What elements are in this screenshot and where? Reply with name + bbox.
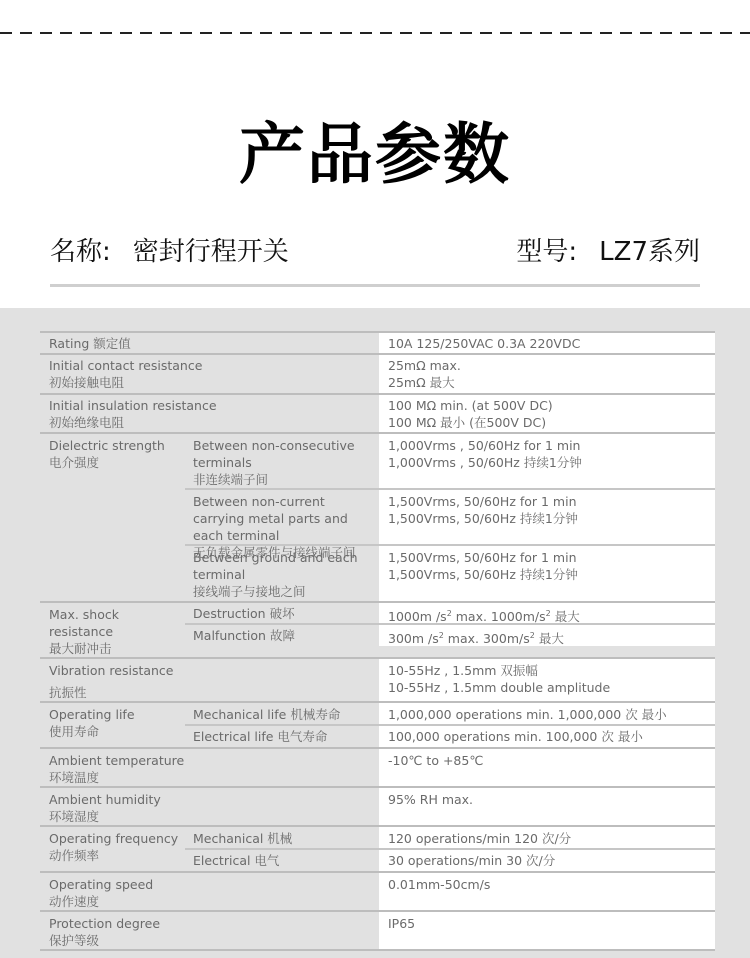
- row-label: Dielectric strength 电介强度: [40, 434, 185, 601]
- table-row-insulation-resistance: Initial insulation resistance 初始绝缘电阻 100…: [40, 395, 715, 434]
- model-value: LZ7系列: [599, 237, 700, 267]
- label-en: Ambient temperature: [49, 752, 379, 769]
- label-cn: 初始接触电阻: [49, 374, 379, 391]
- row-value: 100 MΩ min. (at 500V DC) 100 MΩ 最小 (在500…: [379, 395, 715, 432]
- value-part: max. 300m/s: [444, 631, 530, 646]
- page-title: 产品参数: [0, 110, 750, 200]
- spec-table: Rating 额定值 10A 125/250VAC 0.3A 220VDC In…: [40, 331, 715, 951]
- label-cn: 抗振性: [49, 684, 379, 701]
- sub-value: 1,000,000 operations min. 1,000,000 次 最小: [379, 703, 715, 724]
- model-label: 型号:: [516, 237, 577, 267]
- sub-label-cn: 接线端子与接地之间: [193, 583, 379, 600]
- table-row-shock-resistance: Max. shock resistance 最大耐冲击 Destruction …: [40, 603, 715, 659]
- sub-row: Electrical 电气 30 operations/min 30 次/分: [185, 850, 715, 871]
- label-cn: 初始绝缘电阻: [49, 414, 379, 431]
- label-cn: 保护等级: [49, 932, 379, 949]
- row-value: 10A 125/250VAC 0.3A 220VDC: [379, 333, 715, 353]
- sub-row: Electrical life 电气寿命 100,000 operations …: [185, 726, 715, 747]
- table-row-ambient-humidity: Ambient humidity 环境湿度 95% RH max.: [40, 788, 715, 827]
- value-en: 1,500Vrms, 50/60Hz for 1 min: [388, 549, 715, 566]
- value-part: 1000m /s: [388, 609, 447, 624]
- sub-value: 300m /s2 max. 300m/s2 最大: [379, 625, 715, 646]
- sub-label: Mechanical life 机械寿命: [185, 703, 379, 724]
- row-label: Ambient temperature 环境温度: [40, 749, 379, 786]
- row-label: Rating 额定值: [40, 333, 379, 353]
- label-en: Protection degree: [49, 915, 379, 932]
- value-en: 1,500Vrms, 50/60Hz for 1 min: [388, 493, 715, 510]
- table-row-operating-speed: Operating speed 动作速度 0.01mm-50cm/s: [40, 873, 715, 912]
- label-cn: 动作速度: [49, 893, 379, 910]
- label-en: Operating life: [49, 706, 185, 723]
- label-en: Operating speed: [49, 876, 379, 893]
- table-row-contact-resistance: Initial contact resistance 初始接触电阻 25mΩ m…: [40, 355, 715, 395]
- value-cn: 100 MΩ 最小 (在500V DC): [388, 414, 715, 431]
- sub-row: Mechanical 机械 120 operations/min 120 次/分: [185, 827, 715, 850]
- table-row-operating-life: Operating life 使用寿命 Mechanical life 机械寿命…: [40, 703, 715, 749]
- label-en: Initial insulation resistance: [49, 397, 379, 414]
- label-cn: 使用寿命: [49, 723, 185, 740]
- row-value: 95% RH max.: [379, 788, 715, 825]
- value-part: 最大: [551, 609, 580, 624]
- value-part: 300m /s: [388, 631, 439, 646]
- sub-value: 100,000 operations min. 100,000 次 最小: [379, 726, 715, 747]
- table-row-rating: Rating 额定值 10A 125/250VAC 0.3A 220VDC: [40, 333, 715, 355]
- row-value: IP65: [379, 912, 715, 949]
- table-row-ambient-temperature: Ambient temperature 环境温度 -10℃ to +85℃: [40, 749, 715, 788]
- sub-value: 1000m /s2 max. 1000m/s2 最大: [379, 603, 715, 623]
- product-model: 型号:LZ7系列: [516, 232, 700, 272]
- product-name-row: 名称:密封行程开关 型号:LZ7系列: [50, 232, 700, 272]
- value-part: 最大: [535, 631, 564, 646]
- value-part: max. 1000m/s: [452, 609, 546, 624]
- value-en: 25mΩ max.: [388, 357, 715, 374]
- sub-label-en: Between non-consecutive terminals: [193, 437, 379, 471]
- sub-row: Malfunction 故障 300m /s2 max. 300m/s2 最大: [185, 625, 715, 646]
- table-row-protection-degree: Protection degree 保护等级 IP65: [40, 912, 715, 951]
- sub-row: Mechanical life 机械寿命 1,000,000 operation…: [185, 703, 715, 726]
- sub-label: Electrical 电气: [185, 850, 379, 871]
- table-row-dielectric-strength: Dielectric strength 电介强度 Between non-con…: [40, 434, 715, 603]
- sub-label: Between non-current carrying metal parts…: [185, 490, 379, 544]
- label-cn: 环境温度: [49, 769, 379, 786]
- label-en: Max. shock resistance: [49, 606, 185, 640]
- sub-label-en: Between non-current carrying metal parts…: [193, 493, 379, 544]
- row-label: Initial contact resistance 初始接触电阻: [40, 355, 379, 393]
- label-en: Initial contact resistance: [49, 357, 379, 374]
- label-cn: 环境湿度: [49, 808, 379, 825]
- label-cn: 动作频率: [49, 847, 185, 864]
- value-cn: 1,500Vrms, 50/60Hz 持续1分钟: [388, 566, 715, 583]
- value-en: 1,000Vrms , 50/60Hz for 1 min: [388, 437, 715, 454]
- row-label: Max. shock resistance 最大耐冲击: [40, 603, 185, 657]
- product-name: 名称:密封行程开关: [50, 232, 289, 272]
- sub-rows: Destruction 破坏 1000m /s2 max. 1000m/s2 最…: [185, 603, 715, 657]
- sub-row: Between non-consecutive terminals 非连续端子间…: [185, 434, 715, 490]
- sub-rows: Mechanical 机械 120 operations/min 120 次/分…: [185, 827, 715, 871]
- label-cn: 电介强度: [49, 454, 185, 471]
- value-line: 10-55Hz , 1.5mm 双振幅: [388, 662, 715, 679]
- sub-row: Destruction 破坏 1000m /s2 max. 1000m/s2 最…: [185, 603, 715, 625]
- row-value: 10-55Hz , 1.5mm 双振幅 10-55Hz , 1.5mm doub…: [379, 659, 715, 701]
- sub-value: 120 operations/min 120 次/分: [379, 827, 715, 848]
- header-divider: [50, 284, 700, 287]
- row-value: -10℃ to +85℃: [379, 749, 715, 786]
- sub-row: Between ground and each terminal 接线端子与接地…: [185, 546, 715, 601]
- name-value: 密封行程开关: [133, 237, 289, 267]
- label-cn: 最大耐冲击: [49, 640, 185, 657]
- row-label: Protection degree 保护等级: [40, 912, 379, 949]
- row-label: Initial insulation resistance 初始绝缘电阻: [40, 395, 379, 432]
- sub-label: Destruction 破坏: [185, 603, 379, 623]
- label-en: Ambient humidity: [49, 791, 379, 808]
- sub-value: 1,000Vrms , 50/60Hz for 1 min 1,000Vrms …: [379, 434, 715, 488]
- label-en: Operating frequency: [49, 830, 185, 847]
- sub-label: Between non-consecutive terminals 非连续端子间: [185, 434, 379, 488]
- sub-value: 30 operations/min 30 次/分: [379, 850, 715, 871]
- row-label: Operating speed 动作速度: [40, 873, 379, 910]
- value-cn: 1,000Vrms , 50/60Hz 持续1分钟: [388, 454, 715, 471]
- value-en: 100 MΩ min. (at 500V DC): [388, 397, 715, 414]
- sub-value: 1,500Vrms, 50/60Hz for 1 min 1,500Vrms, …: [379, 546, 715, 601]
- value-line: 10-55Hz , 1.5mm double amplitude: [388, 679, 715, 696]
- sub-rows: Between non-consecutive terminals 非连续端子间…: [185, 434, 715, 601]
- row-label: Vibration resistance 抗振性: [40, 659, 379, 701]
- sub-label: Between ground and each terminal 接线端子与接地…: [185, 546, 379, 601]
- sub-rows: Mechanical life 机械寿命 1,000,000 operation…: [185, 703, 715, 747]
- table-row-operating-frequency: Operating frequency 动作频率 Mechanical 机械 1…: [40, 827, 715, 873]
- value-cn: 25mΩ 最大: [388, 374, 715, 391]
- name-label: 名称:: [50, 237, 111, 267]
- label-en: Dielectric strength: [49, 437, 185, 454]
- value-cn: 1,500Vrms, 50/60Hz 持续1分钟: [388, 510, 715, 527]
- table-row-vibration-resistance: Vibration resistance 抗振性 10-55Hz , 1.5mm…: [40, 659, 715, 703]
- sub-label-en: Between ground and each terminal: [193, 549, 379, 583]
- sub-label: Malfunction 故障: [185, 625, 379, 646]
- row-value: 25mΩ max. 25mΩ 最大: [379, 355, 715, 393]
- sub-label: Electrical life 电气寿命: [185, 726, 379, 747]
- sub-label: Mechanical 机械: [185, 827, 379, 848]
- sub-value: 1,500Vrms, 50/60Hz for 1 min 1,500Vrms, …: [379, 490, 715, 544]
- row-label: Operating frequency 动作频率: [40, 827, 185, 871]
- sub-label-cn: 非连续端子间: [193, 471, 379, 488]
- row-label: Operating life 使用寿命: [40, 703, 185, 747]
- row-value: 0.01mm-50cm/s: [379, 873, 715, 910]
- dashed-separator: [0, 32, 750, 34]
- row-label: Ambient humidity 环境湿度: [40, 788, 379, 825]
- sub-row: Between non-current carrying metal parts…: [185, 490, 715, 546]
- label-en: Vibration resistance: [49, 662, 379, 679]
